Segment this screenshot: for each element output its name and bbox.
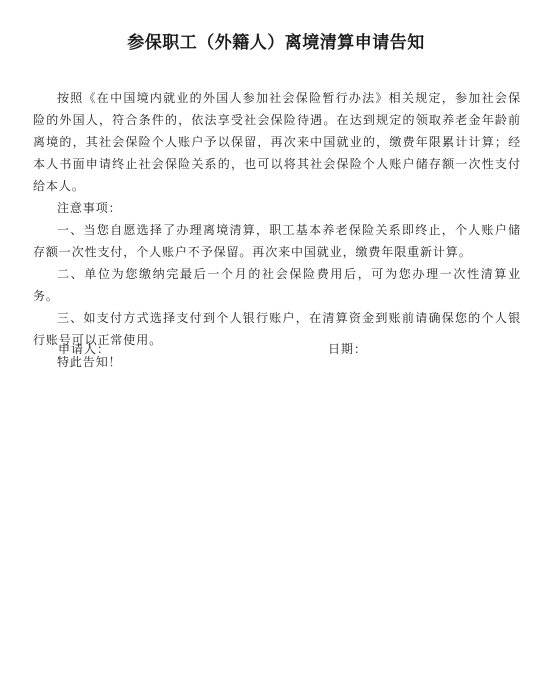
note-item-1: 一、当您自愿选择了办理离境清算，职工基本养老保险关系即终止，个人账户储存额一次性… — [33, 219, 521, 263]
document-body: 按照《在中国境内就业的外国人参加社会保险暂行办法》相关规定，参加社会保险的外国人… — [33, 87, 521, 373]
intro-paragraph: 按照《在中国境内就业的外国人参加社会保险暂行办法》相关规定，参加社会保险的外国人… — [33, 87, 521, 197]
document-title: 参保职工（外籍人）离境清算申请告知 — [0, 28, 552, 53]
applicant-signature-label: 申请人： — [58, 340, 110, 357]
document-page: 参保职工（外籍人）离境清算申请告知 按照《在中国境内就业的外国人参加社会保险暂行… — [0, 0, 552, 687]
note-item-2: 二、单位为您缴纳完最后一个月的社会保险费用后，可为您办理一次性清算业务。 — [33, 263, 521, 307]
notes-heading: 注意事项： — [33, 197, 521, 219]
date-label: 日期： — [328, 340, 367, 357]
